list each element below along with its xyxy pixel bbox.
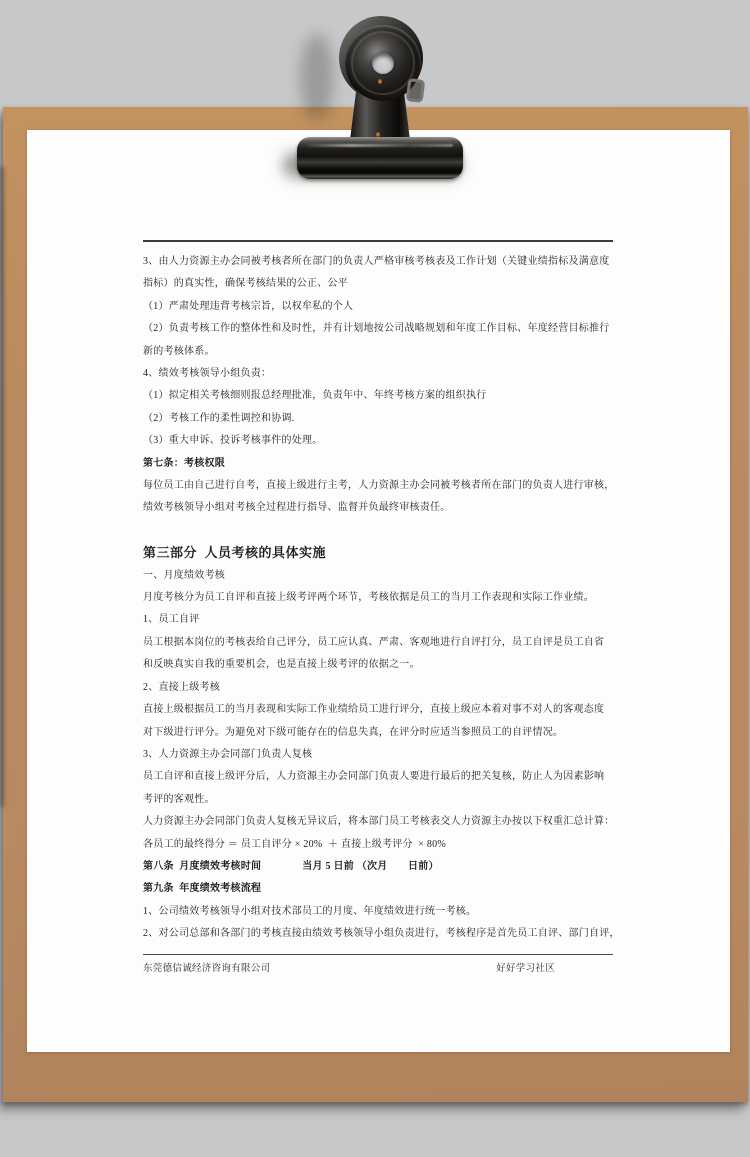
clip-bar: [297, 137, 463, 179]
footer-rule: [143, 954, 613, 955]
clip-shadow: [300, 34, 334, 120]
photo-stage: 3、由人力资源主办会同被考核者所在部门的负责人严格审核考核表及工作计划（关键业绩…: [0, 0, 750, 1157]
document-line: 第三部分 人员考核的具体实施: [143, 542, 613, 564]
document-line: 和反映真实自我的重要机会，也是直接上级考评的依据之一。: [143, 654, 613, 676]
document-line: （2）负责考核工作的整体性和及时性，并有计划地按公司战略规划和年度工作目标、年度…: [143, 318, 613, 340]
document-line: 员工自评和直接上级评分后，人力资源主办会同部门负责人要进行最后的把关复核，防止人…: [143, 766, 613, 788]
document-line: 第九条 年度绩效考核流程: [143, 878, 613, 900]
document-line: 第八条 月度绩效考核时间 当月 5 日前 （次月 日前）: [143, 856, 613, 878]
document-line: 各员工的最终得分 ＝ 员工自评分 × 20% ＋ 直接上级考评分 × 80%: [143, 834, 613, 856]
paper-sheet: 3、由人力资源主办会同被考核者所在部门的负责人严格审核考核表及工作计划（关键业绩…: [27, 130, 730, 1052]
document-content: 3、由人力资源主办会同被考核者所在部门的负责人严格审核考核表及工作计划（关键业绩…: [143, 240, 613, 974]
document-line: 3、由人力资源主办会同被考核者所在部门的负责人严格审核考核表及工作计划（关键业绩…: [143, 251, 613, 273]
header-rule: [143, 240, 613, 242]
clip-latch: [406, 78, 426, 103]
footer-community: 好好学习社区: [496, 960, 555, 974]
document-line: 1、公司绩效考核领导小组对技术部员工的月度、年度绩效进行统一考核。: [143, 901, 613, 923]
document-line: 第七条：考核权限: [143, 453, 613, 475]
document-lines: 3、由人力资源主办会同被考核者所在部门的负责人严格审核考核表及工作计划（关键业绩…: [143, 251, 613, 946]
document-line: 1、员工自评: [143, 609, 613, 631]
document-line: （1）严肃处理违背考核宗旨，以权牟私的个人: [143, 296, 613, 318]
document-line: 考评的客观性。: [143, 789, 613, 811]
document-line: 3、人力资源主办会同部门负责人复核: [143, 744, 613, 766]
document-line: 4、绩效考核领导小组负责：: [143, 363, 613, 385]
document-line: 员工根据本岗位的考核表给自己评分，员工应认真、严肃、客观地进行自评打分，员工自评…: [143, 632, 613, 654]
document-line: 指标）的真实性，确保考核结果的公正、公平: [143, 273, 613, 295]
document-line: （2）考核工作的柔性调控和协调.: [143, 408, 613, 430]
reflection-dot: [378, 79, 382, 84]
clip-hole: [372, 53, 394, 74]
document-footer: 东莞德信诚经济咨询有限公司 好好学习社区: [143, 960, 613, 974]
document-line: 一、月度绩效考核: [143, 565, 613, 587]
document-line: 2、直接上级考核: [143, 677, 613, 699]
document-line: 对下级进行评分。为避免对下级可能存在的信息失真，在评分时应适当参照员工的自评情况…: [143, 722, 613, 744]
document-line: 月度考核分为员工自评和直接上级考评两个环节，考核依据是员工的当月工作表现和实际工…: [143, 587, 613, 609]
document-line: 绩效考核领导小组对考核全过程进行指导、监督并负最终审核责任。: [143, 497, 613, 519]
footer-company: 东莞德信诚经济咨询有限公司: [143, 960, 270, 974]
document-line: 每位员工由自己进行自考，直接上级进行主考，人力资源主办会同被考核者所在部门的负责…: [143, 475, 613, 497]
document-line: 人力资源主办会同部门负责人复核无异议后，将本部门员工考核表交人力资源主办按以下权…: [143, 811, 613, 833]
document-line: 直接上级根据员工的当月表现和实际工作业绩给员工进行评分，直接上级应本着对事不对人…: [143, 699, 613, 721]
document-line: 2、对公司总部和各部门的考核直接由绩效考核领导小组负责进行，考核程序是首先员工自…: [143, 923, 613, 945]
document-line: 新的考核体系。: [143, 341, 613, 363]
document-line: （3）重大申诉、投诉考核事件的处理。: [143, 430, 613, 452]
document-line: （1）拟定相关考核细则报总经理批准，负责年中、年终考核方案的组织执行: [143, 385, 613, 407]
